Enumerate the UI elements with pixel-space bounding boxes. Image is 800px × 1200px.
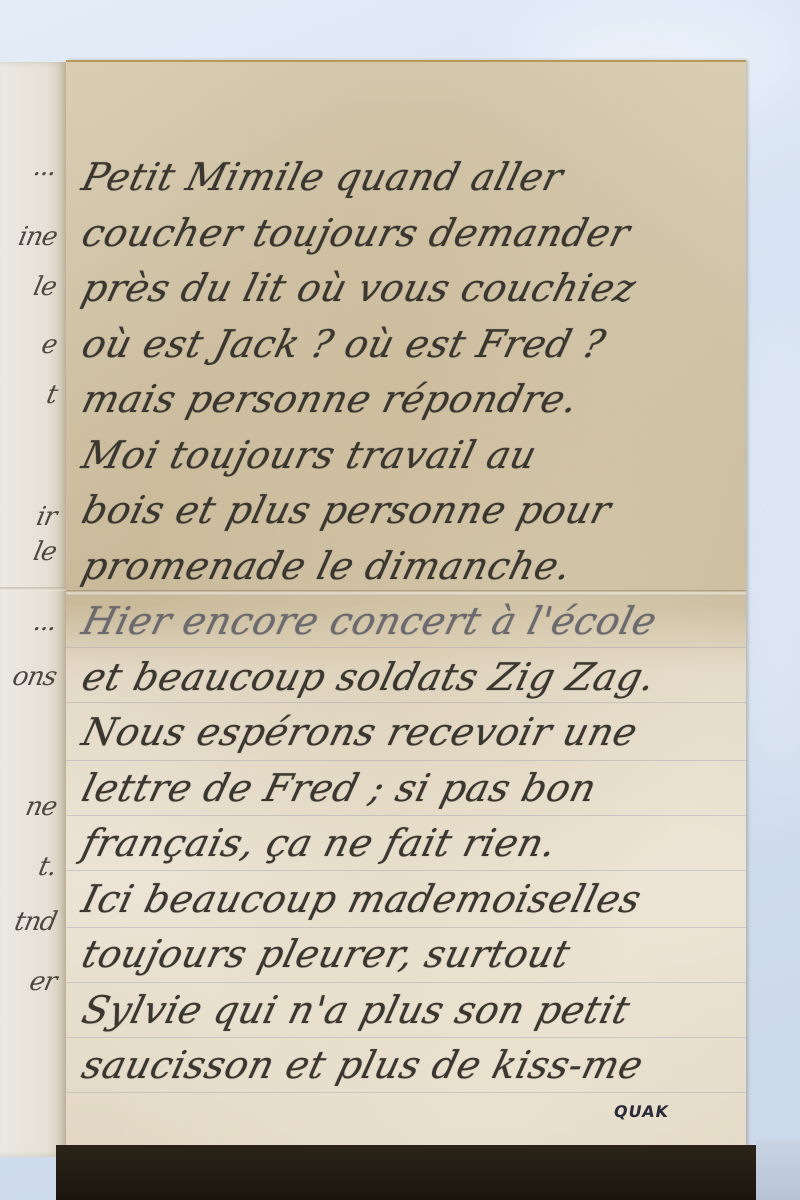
backdrop-corner	[756, 1140, 800, 1200]
left-page-fragment: ...	[31, 152, 59, 182]
left-page-fragment: ...	[31, 607, 59, 637]
letter-line: Hier encore concert à l'école	[76, 594, 755, 650]
letter-page: Petit Mimile quand aller coucher toujour…	[66, 60, 746, 1147]
left-page-fragment: tnd	[12, 907, 59, 937]
letter-line: bois et plus personne pour	[76, 483, 755, 539]
letter-line: Ici beaucoup mademoiselles	[76, 872, 755, 928]
letter-line: et beaucoup soldats Zig Zag.	[76, 650, 755, 706]
signature-mark: QUAK	[612, 1102, 670, 1121]
left-page-fragment: ne	[23, 792, 60, 822]
left-page-fragment: ine	[15, 222, 59, 252]
letter-line: Petit Mimile quand aller	[76, 150, 755, 206]
letter-body: Petit Mimile quand aller coucher toujour…	[76, 150, 741, 1094]
left-page-fragment: ons	[10, 662, 59, 692]
left-page-fragment: le	[31, 272, 59, 302]
letter-line: toujours pleurer, surtout	[76, 927, 755, 983]
left-page-fragment: t	[43, 380, 59, 410]
fold-crease	[0, 587, 66, 591]
letter-line: près du lit où vous couchiez	[76, 261, 755, 317]
letter-line: mais personne répondre.	[76, 372, 755, 428]
left-page-fragment: e	[38, 330, 59, 360]
left-page-fragment: le	[31, 537, 59, 567]
letter-line: promenade le dimanche.	[76, 539, 755, 595]
letter-line: saucisson et plus de kiss-me	[76, 1038, 755, 1094]
dark-shadow-region	[56, 1145, 756, 1200]
letter-line: Nous espérons recevoir une	[76, 705, 755, 761]
letter-line: lettre de Fred ; si pas bon	[76, 761, 755, 817]
left-page-fragment: er	[27, 967, 59, 997]
letter-line: français, ça ne fait rien.	[76, 816, 755, 872]
letter-line: Sylvie qui n'a plus son petit	[76, 983, 755, 1039]
left-page: ... ine le e t ir le ... ons ne t. tnd e…	[0, 62, 66, 1157]
left-page-fragment: ir	[34, 502, 59, 532]
letter-line: coucher toujours demander	[76, 206, 755, 262]
letter-line: Moi toujours travail au	[76, 428, 755, 484]
left-page-fragment: t.	[36, 852, 59, 882]
letter-line: où est Jack ? où est Fred ?	[76, 317, 755, 373]
